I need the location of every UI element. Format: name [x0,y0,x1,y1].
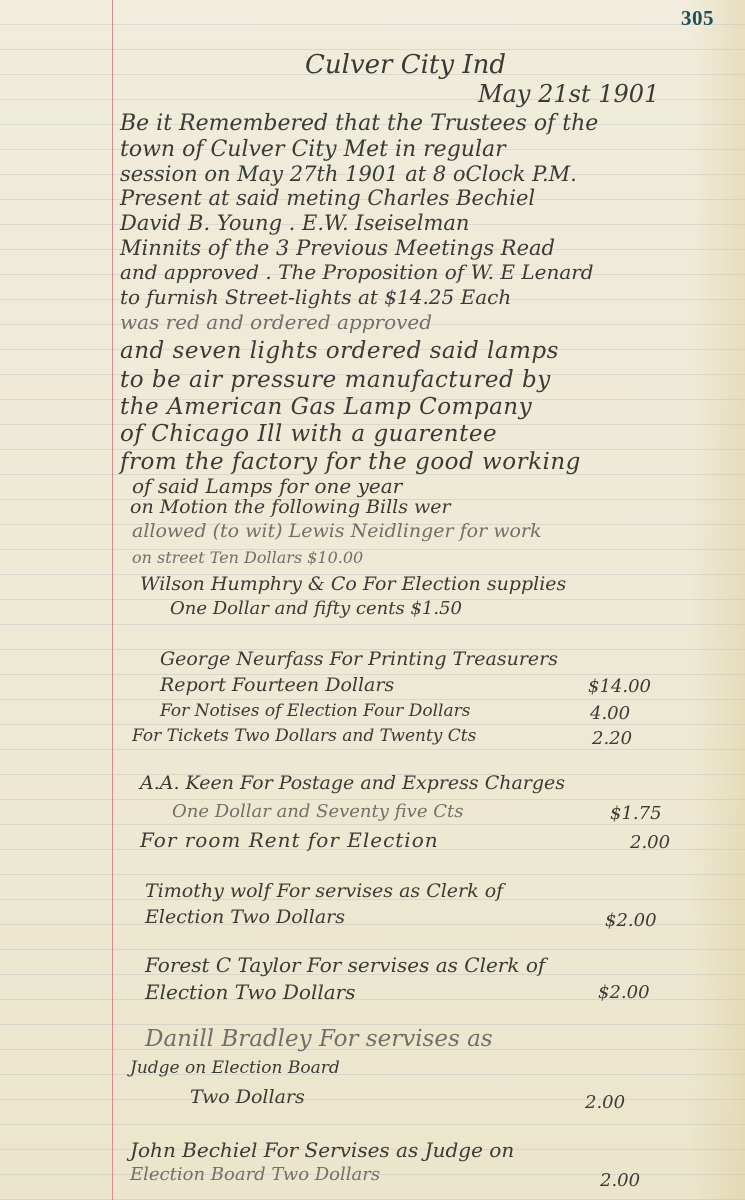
minutes-line: of Chicago Ill with a guarentee [120,423,497,446]
bill-amount: $14.00 [588,676,651,697]
minutes-line: One Dollar and fifty cents $1.50 [170,600,462,618]
margin-rule [112,0,113,1200]
bill-line: Election Two Dollars [145,982,356,1002]
minutes-line: allowed (to wit) Lewis Neidlinger for wo… [132,522,542,541]
heading-date: May 21st 1901 [478,82,659,106]
bill-line: Danill Bradley For servises as [145,1028,493,1051]
minutes-line: on Motion the following Bills wer [130,498,451,517]
bill-line: Forest C Taylor For servises as Clerk of [145,955,545,975]
minutes-line: Present at said meting Charles Bechiel [120,188,535,209]
minutes-line: and approved . The Proposition of W. E L… [120,262,594,282]
bill-amount: 4.00 [590,703,630,724]
bill-amount: 2.20 [592,728,632,749]
page-number: 305 [681,6,714,31]
bill-amount: 2.00 [600,1170,640,1191]
bill-subitem: For room Rent for Election [140,830,439,850]
minutes-line: town of Culver City Met in regular [120,139,506,161]
bill-line: Timothy wolf For servises as Clerk of [145,882,503,901]
bill-line: Two Dollars [190,1088,305,1107]
minutes-line: Wilson Humphry & Co For Election supplie… [140,575,566,594]
minutes-line: David B. Young . E.W. Iseiselman [120,213,469,234]
bill-amount: 2.00 [585,1092,625,1113]
bill-line: George Neurfass For Printing Treasurers [160,650,558,669]
ledger-page: 305 Culver City Ind May 21st 1901 Be it … [0,0,745,1200]
minutes-line: Minnits of the 3 Previous Meetings Read [120,238,555,259]
heading-place: Culver City Ind [305,52,506,78]
minutes-line: of said Lamps for one year [132,476,402,496]
bill-line: Election Two Dollars [145,908,345,927]
bill-line: A.A. Keen For Postage and Express Charge… [140,774,565,793]
minutes-line: session on May 27th 1901 at 8 oClock P.M… [120,164,577,185]
bill-amount: 2.00 [630,832,670,853]
minutes-line: from the factory for the good working [120,451,581,474]
bill-amount: $2.00 [598,982,650,1003]
bill-subitem: For Notises of Election Four Dollars [160,703,470,720]
bill-line: John Bechiel For Servises as Judge on [130,1140,514,1160]
bill-line: One Dollar and Seventy five Cts [172,803,463,821]
minutes-line: and seven lights ordered said lamps [120,340,559,363]
bill-line: Election Board Two Dollars [130,1166,380,1184]
bill-line: Judge on Election Board [130,1060,340,1077]
minutes-line: to furnish Street-lights at $14.25 Each [120,287,511,307]
bill-subitem: For Tickets Two Dollars and Twenty Cts [132,728,476,745]
bill-line: Report Fourteen Dollars [160,676,394,695]
minutes-line: Be it Remembered that the Trustees of th… [120,113,598,135]
minutes-line: was red and ordered approved [120,312,432,332]
minutes-line: the American Gas Lamp Company [120,396,532,419]
minutes-line: on street Ten Dollars $10.00 [132,550,363,566]
bill-amount: $1.75 [610,803,662,824]
bill-amount: $2.00 [605,910,657,931]
minutes-line: to be air pressure manufactured by [120,369,551,392]
